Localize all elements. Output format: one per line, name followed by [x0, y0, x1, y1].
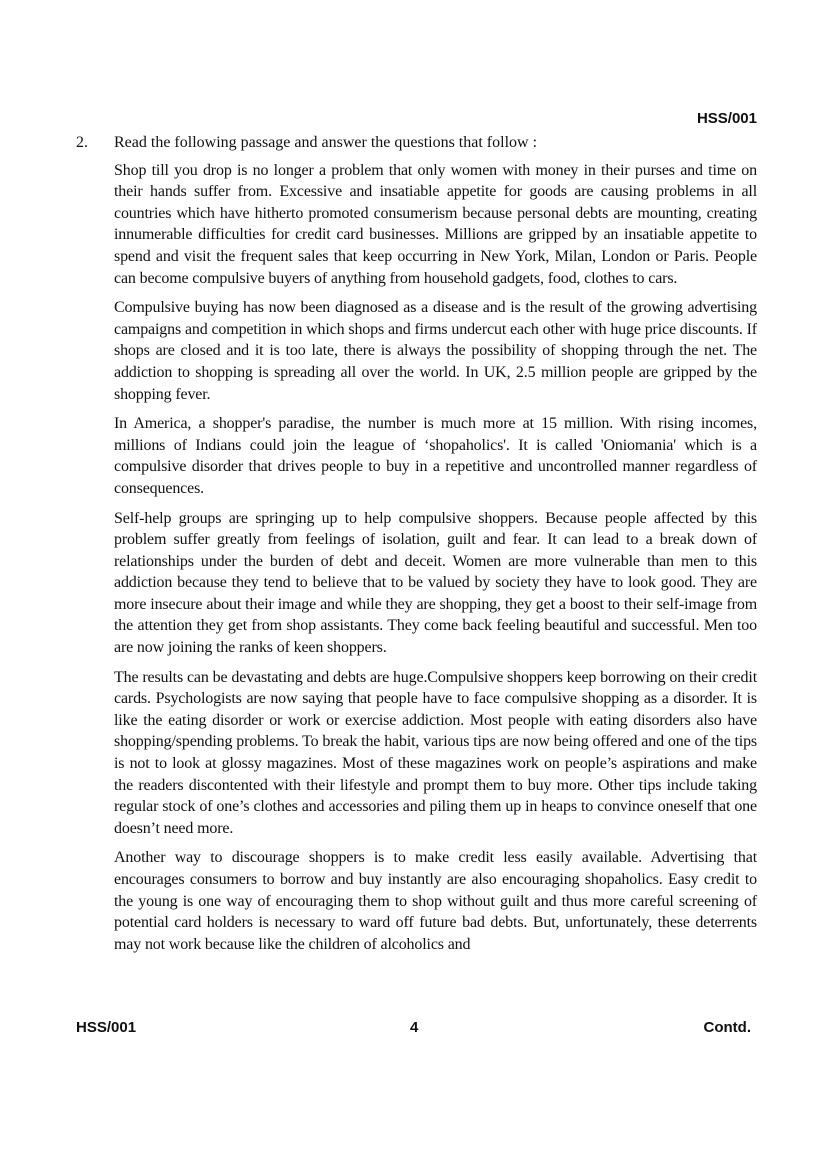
passage-paragraph-2: Compulsive buying has now been diagnosed… — [114, 297, 757, 405]
page-number: 4 — [410, 1019, 418, 1036]
question-prompt: Read the following passage and answer th… — [114, 132, 757, 154]
passage-paragraph-5: The results can be devastating and debts… — [114, 667, 757, 840]
passage-paragraph-6: Another way to discourage shoppers is to… — [114, 847, 757, 955]
passage-paragraph-1: Shop till you drop is no longer a proble… — [114, 160, 757, 290]
question-heading: 2. Read the following passage and answer… — [76, 132, 757, 154]
footer-paper-code: HSS/001 — [76, 1019, 136, 1036]
header-paper-code: HSS/001 — [697, 110, 757, 127]
reading-passage: Shop till you drop is no longer a proble… — [114, 160, 757, 956]
passage-paragraph-3: In America, a shopper's paradise, the nu… — [114, 413, 757, 499]
passage-paragraph-4: Self-help groups are springing up to hel… — [114, 508, 757, 659]
question-2: 2. Read the following passage and answer… — [76, 132, 757, 963]
question-number: 2. — [76, 132, 114, 154]
exam-page: HSS/001 2. Read the following passage an… — [0, 0, 827, 1169]
continued-label: Contd. — [704, 1019, 751, 1036]
page-footer: HSS/001 4 Contd. — [76, 1019, 757, 1039]
